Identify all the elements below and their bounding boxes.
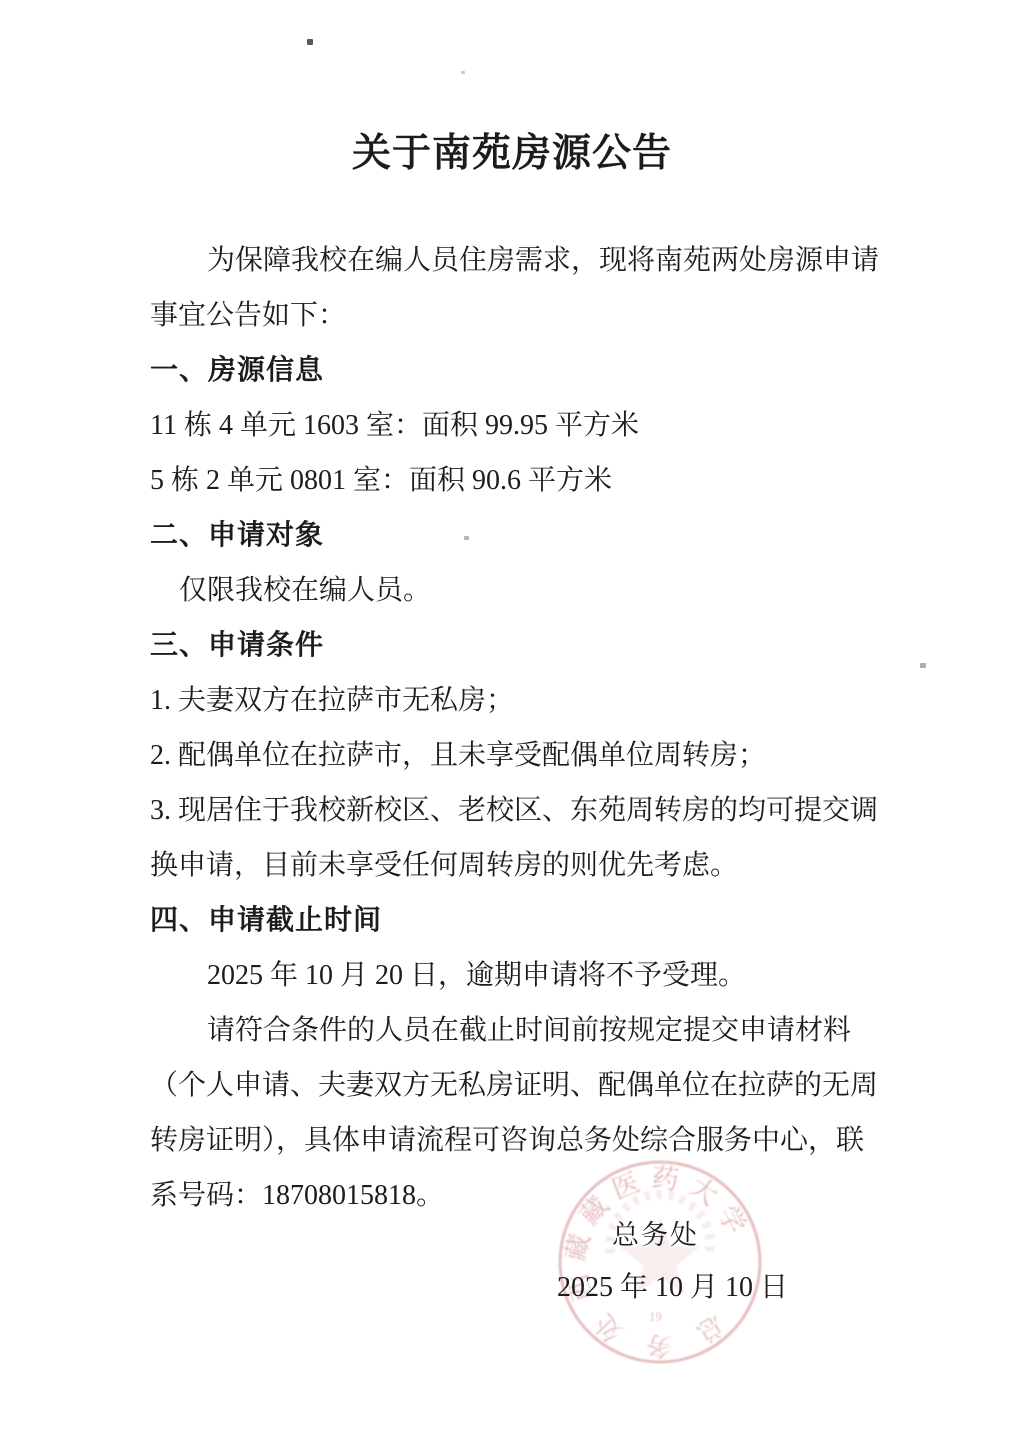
note-line-1: 请符合条件的人员在截止时间前按规定提交申请材料 xyxy=(150,1003,910,1058)
condition-3-line-2: 换申请，目前未享受任何周转房的则优先考虑。 xyxy=(150,838,910,893)
note-line-4: 系号码：18708015818。 xyxy=(150,1168,910,1223)
housing-listing-2: 5 栋 2 单元 0801 室：面积 90.6 平方米 xyxy=(150,453,910,508)
applicants-body: 仅限我校在编人员。 xyxy=(150,563,910,618)
note-line-2: （个人申请、夫妻双方无私房证明、配偶单位在拉萨的无周 xyxy=(150,1058,910,1113)
condition-1: 1. 夫妻双方在拉萨市无私房； xyxy=(150,673,910,728)
document-title: 关于南苑房源公告 xyxy=(0,122,1024,178)
scan-speck xyxy=(461,71,465,74)
note-line-3: 转房证明），具体申请流程可咨询总务处综合服务中心，联 xyxy=(150,1113,910,1168)
signature-date: 2025 年 10 月 10 日 xyxy=(557,1274,788,1302)
scan-speck xyxy=(307,39,313,45)
seal-serial-number: 19 xyxy=(649,1309,662,1324)
condition-3-line-1: 3. 现居住于我校新校区、老校区、东苑周转房的均可提交调 xyxy=(150,783,910,838)
document-body: 为保障我校在编人员住房需求，现将南苑两处房源申请 事宜公告如下： 一、房源信息 … xyxy=(150,233,910,1223)
section-2-heading: 二、申请对象 xyxy=(150,508,910,563)
intro-line-1: 为保障我校在编人员住房需求，现将南苑两处房源申请 xyxy=(150,233,910,288)
condition-2: 2. 配偶单位在拉萨市，且未享受配偶单位周转房； xyxy=(150,728,910,783)
intro-line-2: 事宜公告如下： xyxy=(150,288,910,343)
scan-speck xyxy=(920,663,926,668)
deadline-line: 2025 年 10 月 20 日，逾期申请将不予受理。 xyxy=(150,948,910,1003)
document-page: 关于南苑房源公告 为保障我校在编人员住房需求，现将南苑两处房源申请 事宜公告如下… xyxy=(0,0,1024,1448)
section-3-heading: 三、申请条件 xyxy=(150,618,910,673)
section-1-heading: 一、房源信息 xyxy=(150,343,910,398)
signature-department: 总务处 xyxy=(612,1222,699,1249)
section-4-heading: 四、申请截止时间 xyxy=(150,893,910,948)
housing-listing-1: 11 栋 4 单元 1603 室：面积 99.95 平方米 xyxy=(150,398,910,453)
